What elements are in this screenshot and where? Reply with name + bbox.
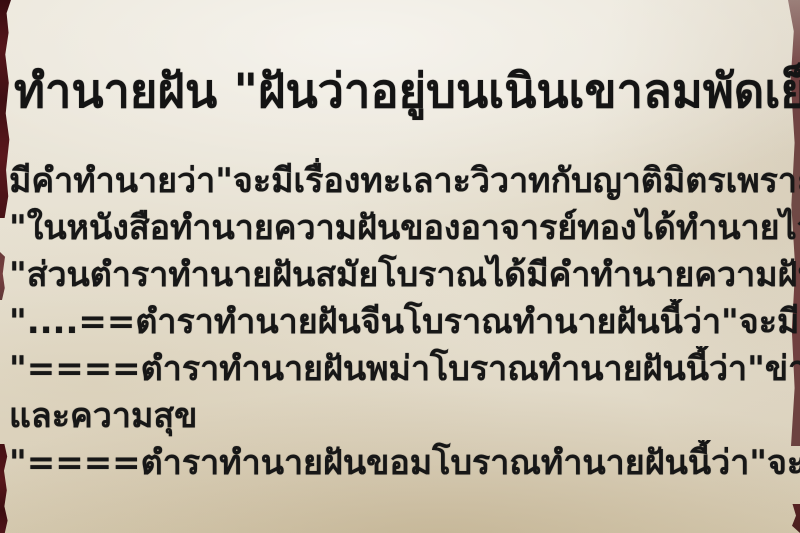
text-line: "ในหนังสือทำนายความฝันของอาจารย์ทองได้ทำ… xyxy=(9,205,800,252)
text-line: และความสุข xyxy=(9,393,800,440)
text-line: "....==ตำราทำนายฝันจีนโบราณทำนายฝันนี้ว่… xyxy=(9,299,800,346)
body-text: มีคำทำนายว่า"จะมีเรื่องทะเลาะวิวาทกับญาต… xyxy=(9,158,800,533)
text-line: "====ตำราทำนายฝันขอมโบราณทำนายฝันนี้ว่า"… xyxy=(9,440,800,487)
page-title: ทำนายฝัน "ฝันว่าอยู่บนเนินเขาลมพัดเย็นสบ xyxy=(14,62,800,122)
left-edge-stain-middle xyxy=(0,252,5,300)
text-line: "====ตำราทำนายฝันพม่าโบราณทำนายฝันนี้ว่า… xyxy=(9,346,800,393)
left-edge-stain-bottom xyxy=(0,444,8,533)
text-line: "ส่วนตำราทำนายฝันสมัยโบราณได้มีคำทำนายคว… xyxy=(9,252,800,299)
text-line: มีคำทำนายว่า"จะมีเรื่องทะเลาะวิวาทกับญาต… xyxy=(9,158,800,205)
scanned-page: ทำนายฝัน "ฝันว่าอยู่บนเนินเขาลมพัดเย็นสบ… xyxy=(0,0,800,533)
